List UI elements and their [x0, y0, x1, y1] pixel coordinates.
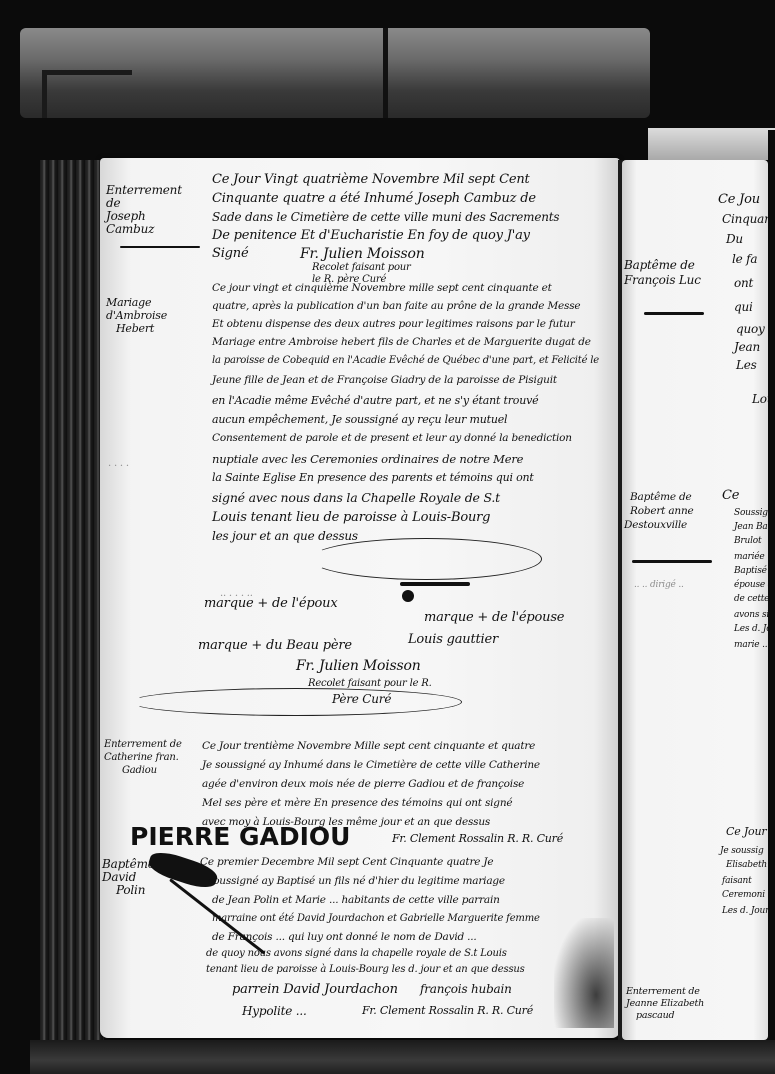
entry-line: Cinquante quatre a été Inhumé Joseph Cam…	[212, 191, 536, 206]
entry-separator	[644, 312, 704, 315]
right-page: Baptême de François Luc Ce Jou Cinquan D…	[622, 160, 768, 1040]
text-fragment: le fa	[732, 252, 757, 266]
entry-line: Ce premier Decembre Mil sept Cent Cinqua…	[200, 856, 493, 868]
margin-note-baptism-robert-anne: Baptême de Robert anne Destouxville	[630, 490, 694, 532]
entry-line: Mariage entre Ambroise hebert fils de Ch…	[212, 336, 591, 348]
text-fragment: Cinquan	[722, 212, 772, 226]
text-fragment: Jean	[734, 340, 760, 354]
margin-line: Robert anne	[630, 504, 694, 518]
signature-louis-gauttier: Louis gauttier	[408, 632, 498, 647]
text-fragment: Du	[726, 232, 743, 246]
margin-line: François Luc	[624, 273, 701, 288]
entry-line: en l'Acadie même Evêché d'autre part, et…	[212, 394, 538, 407]
entry-line: Ce Jour Vingt quatrième Novembre Mil sep…	[212, 172, 530, 187]
bleed-through-text: . . . .	[108, 458, 129, 469]
margin-line: Enterrement de	[106, 184, 188, 210]
margin-line: Gadiou	[104, 764, 194, 777]
text-fragment: Les	[736, 358, 757, 372]
text-fragment: Baptisé	[734, 566, 767, 576]
signature-flourish	[310, 538, 542, 580]
margin-line: Enterrement de	[626, 986, 704, 998]
entry-line: signé avec nous dans la Chapelle Royale …	[212, 490, 500, 505]
entry-line: Ce jour vingt et cinquième Novembre mill…	[212, 282, 552, 294]
signature-flourish	[130, 688, 462, 716]
entry-line: de quoy nous avons signé dans la chapell…	[206, 948, 507, 959]
text-fragment: Je soussig	[720, 846, 764, 856]
text-fragment: Les d. Jour	[722, 906, 769, 916]
entry-line: la Sainte Eglise En presence des parents…	[212, 471, 534, 484]
entry-line: Sade dans le Cimetière de cette ville mu…	[212, 210, 559, 224]
text-fragment: Ceremoni	[722, 890, 765, 900]
entry-line: les jour et an que dessus	[212, 529, 358, 543]
signature-julien-moisson: Fr. Julien Moisson	[296, 658, 421, 674]
entry-separator	[632, 560, 712, 563]
signature-mark-groom: marque + de l'époux	[204, 596, 337, 611]
margin-note-burial-pascaud: Enterrement de Jeanne Elizabeth pascaud	[626, 986, 704, 1022]
entry-line: Jeune fille de Jean et de Françoise Giad…	[212, 374, 557, 386]
previous-frame-strip	[20, 28, 650, 118]
text-fragment: marie ...	[734, 640, 770, 650]
signature-clement-rossalin: Fr. Clement Rossalin R. R. Curé	[392, 832, 563, 845]
signature-mark-father-in-law: marque + du Beau père	[198, 638, 352, 653]
frame-divider	[383, 28, 388, 118]
margin-line: Hebert	[106, 322, 188, 335]
entry-line: Mel ses père et mère En presence des tém…	[202, 797, 512, 809]
entry-line: de Jean Polin et Marie ... habitants de …	[212, 894, 500, 906]
text-fragment: mariée	[734, 552, 765, 562]
entry-line: la paroisse de Cobequid en l'Acadie Evêc…	[212, 355, 599, 366]
margin-line: Joseph Cambuz	[106, 210, 188, 236]
margin-note-burial-cambuz: Enterrement de Joseph Cambuz	[106, 184, 188, 236]
signature-line: Recolet faisant pour	[312, 262, 411, 273]
entry-line: Signé	[212, 246, 248, 261]
frame-mark-vertical	[42, 70, 47, 118]
entry-line: de François ... qui luy ont donné le nom…	[212, 931, 477, 943]
entry-line: Louis tenant lieu de paroisse à Louis-Bo…	[212, 510, 490, 525]
margin-line: Baptême de	[624, 258, 701, 273]
margin-line: Enterrement de	[104, 738, 194, 751]
entry-line: soussigné ay Baptisé un fils né d'hier d…	[208, 875, 505, 887]
ink-blot	[402, 590, 414, 602]
bleed-through-text: .. .. dirigé ..	[634, 580, 684, 590]
film-edge-bottom	[30, 1040, 775, 1074]
text-fragment: Soussig	[734, 508, 768, 518]
film-edge-right	[768, 130, 775, 1074]
margin-note-baptism-francois-luc: Baptême de François Luc	[624, 258, 701, 288]
margin-line: pascaud	[626, 1010, 704, 1022]
signature-godfather: parrein David Jourdachon	[232, 982, 398, 997]
margin-note-marriage-hebert: Mariage d'Ambroise Hebert	[106, 296, 188, 335]
signature: Hypolite ...	[242, 1004, 307, 1018]
entry-line: Et obtenu dispense des deux autres pour …	[212, 318, 575, 330]
signature: Fr. Julien Moisson	[300, 246, 425, 262]
margin-line: Destouxville	[624, 518, 694, 532]
margin-note-burial-gadiou: Enterrement de Catherine fran. Gadiou	[104, 738, 194, 777]
margin-line: Jeanne Elizabeth	[626, 998, 704, 1010]
text-fragment: Ce Jou	[718, 192, 760, 207]
entry-line: Ce Jour trentième Novembre Mille sept ce…	[202, 740, 535, 752]
margin-line: Mariage	[106, 296, 188, 309]
name-stamp: PIERRE GADIOU	[130, 822, 350, 851]
entry-line: quatre, après la publication d'un ban fa…	[212, 300, 580, 312]
entry-separator	[120, 246, 200, 248]
margin-line: Baptême de	[630, 490, 694, 504]
ink-stain	[554, 918, 614, 1028]
text-fragment: Elisabeth	[726, 860, 767, 870]
text-fragment: quoy	[736, 322, 765, 336]
book-page-edges	[40, 160, 104, 1040]
entry-line: agée d'environ deux mois née de pierre G…	[202, 778, 524, 790]
text-fragment: Ce	[722, 488, 739, 503]
signature-mark-bride: marque + de l'épouse	[424, 610, 564, 625]
ink-stroke	[400, 582, 470, 586]
text-fragment: de cette	[734, 594, 769, 604]
text-fragment: Ce Jour	[726, 825, 766, 838]
margin-line: d'Ambroise	[106, 309, 188, 322]
right-page-top-edge	[648, 128, 775, 160]
entry-line: tenant lieu de paroisse à Louis-Bourg le…	[206, 964, 525, 975]
entry-line: Je soussigné ay Inhumé dans le Cimetière…	[202, 759, 540, 771]
entry-line: aucun empêchement, Je soussigné ay reçu …	[212, 413, 507, 426]
entry-line: marraine ont été David Jourdachon et Gab…	[212, 913, 540, 924]
text-fragment: faisant	[722, 876, 752, 886]
text-fragment: ont	[734, 276, 753, 290]
signature: françois hubain	[420, 982, 512, 996]
text-fragment: qui	[734, 300, 753, 314]
margin-line: Catherine fran.	[104, 751, 194, 764]
frame-mark	[42, 70, 132, 75]
text-fragment: Jean Ba	[734, 522, 768, 532]
text-fragment: Brulot	[734, 536, 761, 546]
entry-line: nuptiale avec les Ceremonies ordinaires …	[212, 452, 523, 466]
signature-clement-rossalin: Fr. Clement Rossalin R. R. Curé	[362, 1004, 533, 1017]
entry-line: De penitence Et d'Eucharistie En foy de …	[212, 228, 530, 243]
entry-line: Consentement de parole et de present et …	[212, 432, 572, 444]
left-page: Enterrement de Joseph Cambuz Ce Jour Vin…	[100, 158, 620, 1038]
